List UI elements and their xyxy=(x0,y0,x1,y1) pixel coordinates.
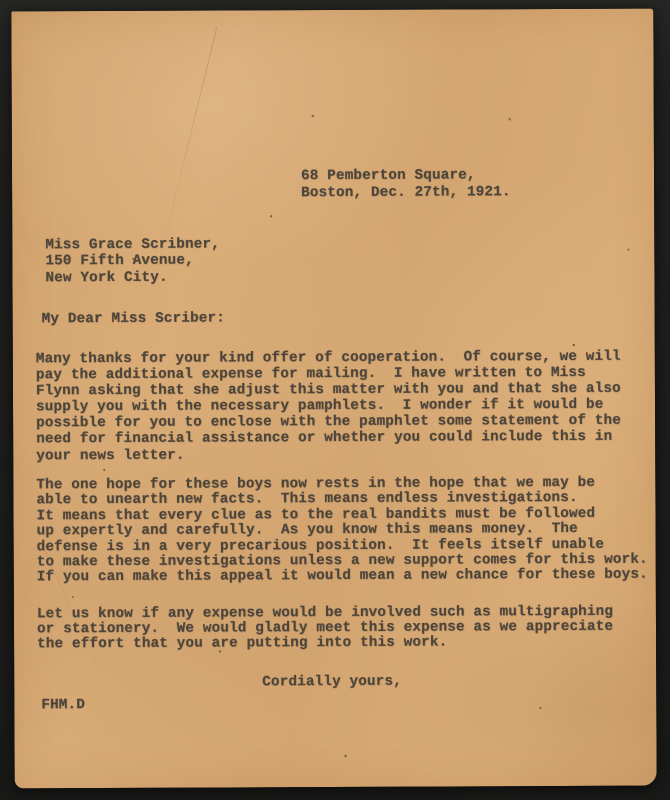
dateline: 68 Pemberton Square, Boston, Dec. 27th, … xyxy=(301,167,511,202)
typist-initials: FHM.D xyxy=(41,697,85,713)
letter-paragraph: The one hope for these boys now rests in… xyxy=(36,476,648,587)
recipient-address: Miss Grace Scribner, 150 Fifth Avenue, N… xyxy=(45,236,220,286)
salutation: My Dear Miss Scriber: xyxy=(42,310,225,327)
letter-paragraph: Many thanks for your kind offer of coope… xyxy=(36,349,621,464)
scan-background: 68 Pemberton Square, Boston, Dec. 27th, … xyxy=(0,0,670,800)
closing: Cordially yours, xyxy=(262,674,402,691)
letter-paragraph: Let us know if any expense would be invo… xyxy=(37,605,613,653)
letter-page: 68 Pemberton Square, Boston, Dec. 27th, … xyxy=(11,9,656,789)
paper-specks xyxy=(11,11,13,13)
